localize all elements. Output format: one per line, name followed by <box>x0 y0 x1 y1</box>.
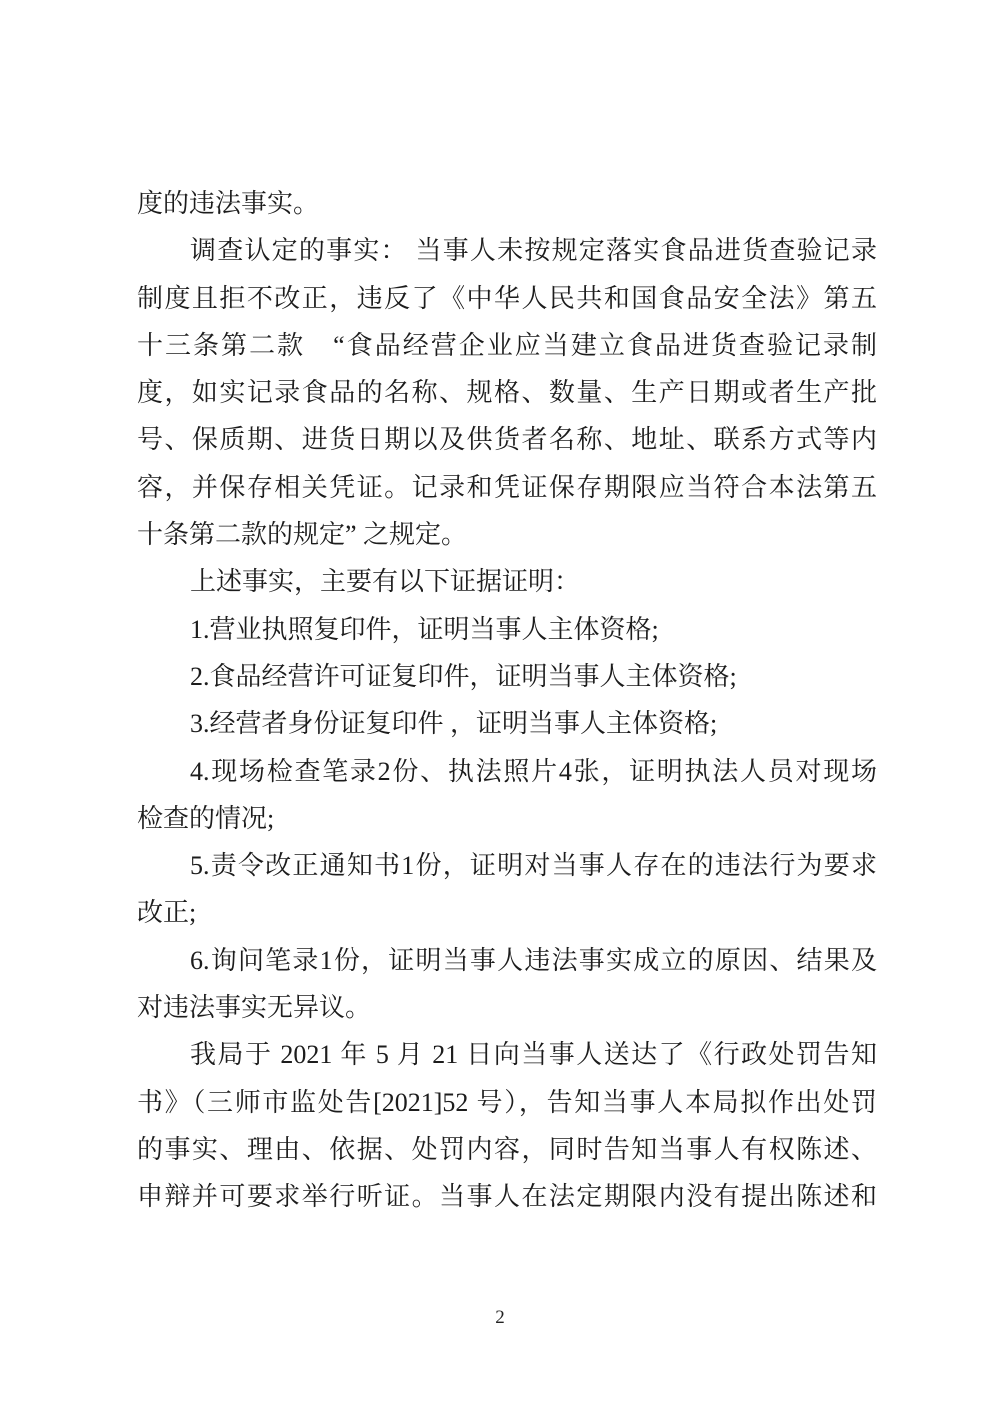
text-line: 的事实、理由、依据、处罚内容，同时告知当事人有权陈述、 <box>137 1126 877 1173</box>
text-line: 调查认定的事实： 当事人未按规定落实食品进货查验记录 <box>137 227 877 274</box>
text-line: 十三条第二款 “食品经营企业应当建立食品进货查验记录制 <box>137 322 877 369</box>
document-page: 度的违法事实。调查认定的事实： 当事人未按规定落实食品进货查验记录制度且拒不改正… <box>0 0 1000 1414</box>
text-line: 我局于 2021 年 5 月 21 日向当事人送达了《行政处罚告知 <box>137 1031 877 1078</box>
text-line: 制度且拒不改正，违反了《中华人民共和国食品安全法》第五 <box>137 275 877 322</box>
text-line: 度，如实记录食品的名称、规格、数量、生产日期或者生产批 <box>137 369 877 416</box>
text-line: 4.现场检查笔录2份、执法照片4张，证明执法人员对现场 <box>137 748 877 795</box>
text-line: 上述事实，主要有以下证据证明： <box>137 558 877 605</box>
text-line: 3.经营者身份证复印件 ，证明当事人主体资格; <box>137 700 877 747</box>
text-line: 度的违法事实。 <box>137 180 877 227</box>
text-line: 容，并保存相关凭证。记录和凭证保存期限应当符合本法第五 <box>137 464 877 511</box>
text-line: 十条第二款的规定” 之规定。 <box>137 511 877 558</box>
text-line: 2.食品经营许可证复印件，证明当事人主体资格; <box>137 653 877 700</box>
text-line: 6.询问笔录1份，证明当事人违法事实成立的原因、结果及 <box>137 937 877 984</box>
text-line: 对违法事实无异议。 <box>137 984 877 1031</box>
text-line: 书》（三师市监处告[2021]52 号），告知当事人本局拟作出处罚 <box>137 1079 877 1126</box>
page-number: 2 <box>0 1306 1000 1330</box>
text-line: 检查的情况; <box>137 795 877 842</box>
text-line: 申辩并可要求举行听证。当事人在法定期限内没有提出陈述和 <box>137 1173 877 1220</box>
document-body: 度的违法事实。调查认定的事实： 当事人未按规定落实食品进货查验记录制度且拒不改正… <box>137 180 877 1221</box>
text-line: 5.责令改正通知书1份，证明对当事人存在的违法行为要求 <box>137 842 877 889</box>
text-line: 改正; <box>137 889 877 936</box>
text-line: 1.营业执照复印件，证明当事人主体资格; <box>137 606 877 653</box>
text-line: 号、保质期、进货日期以及供货者名称、地址、联系方式等内 <box>137 416 877 463</box>
